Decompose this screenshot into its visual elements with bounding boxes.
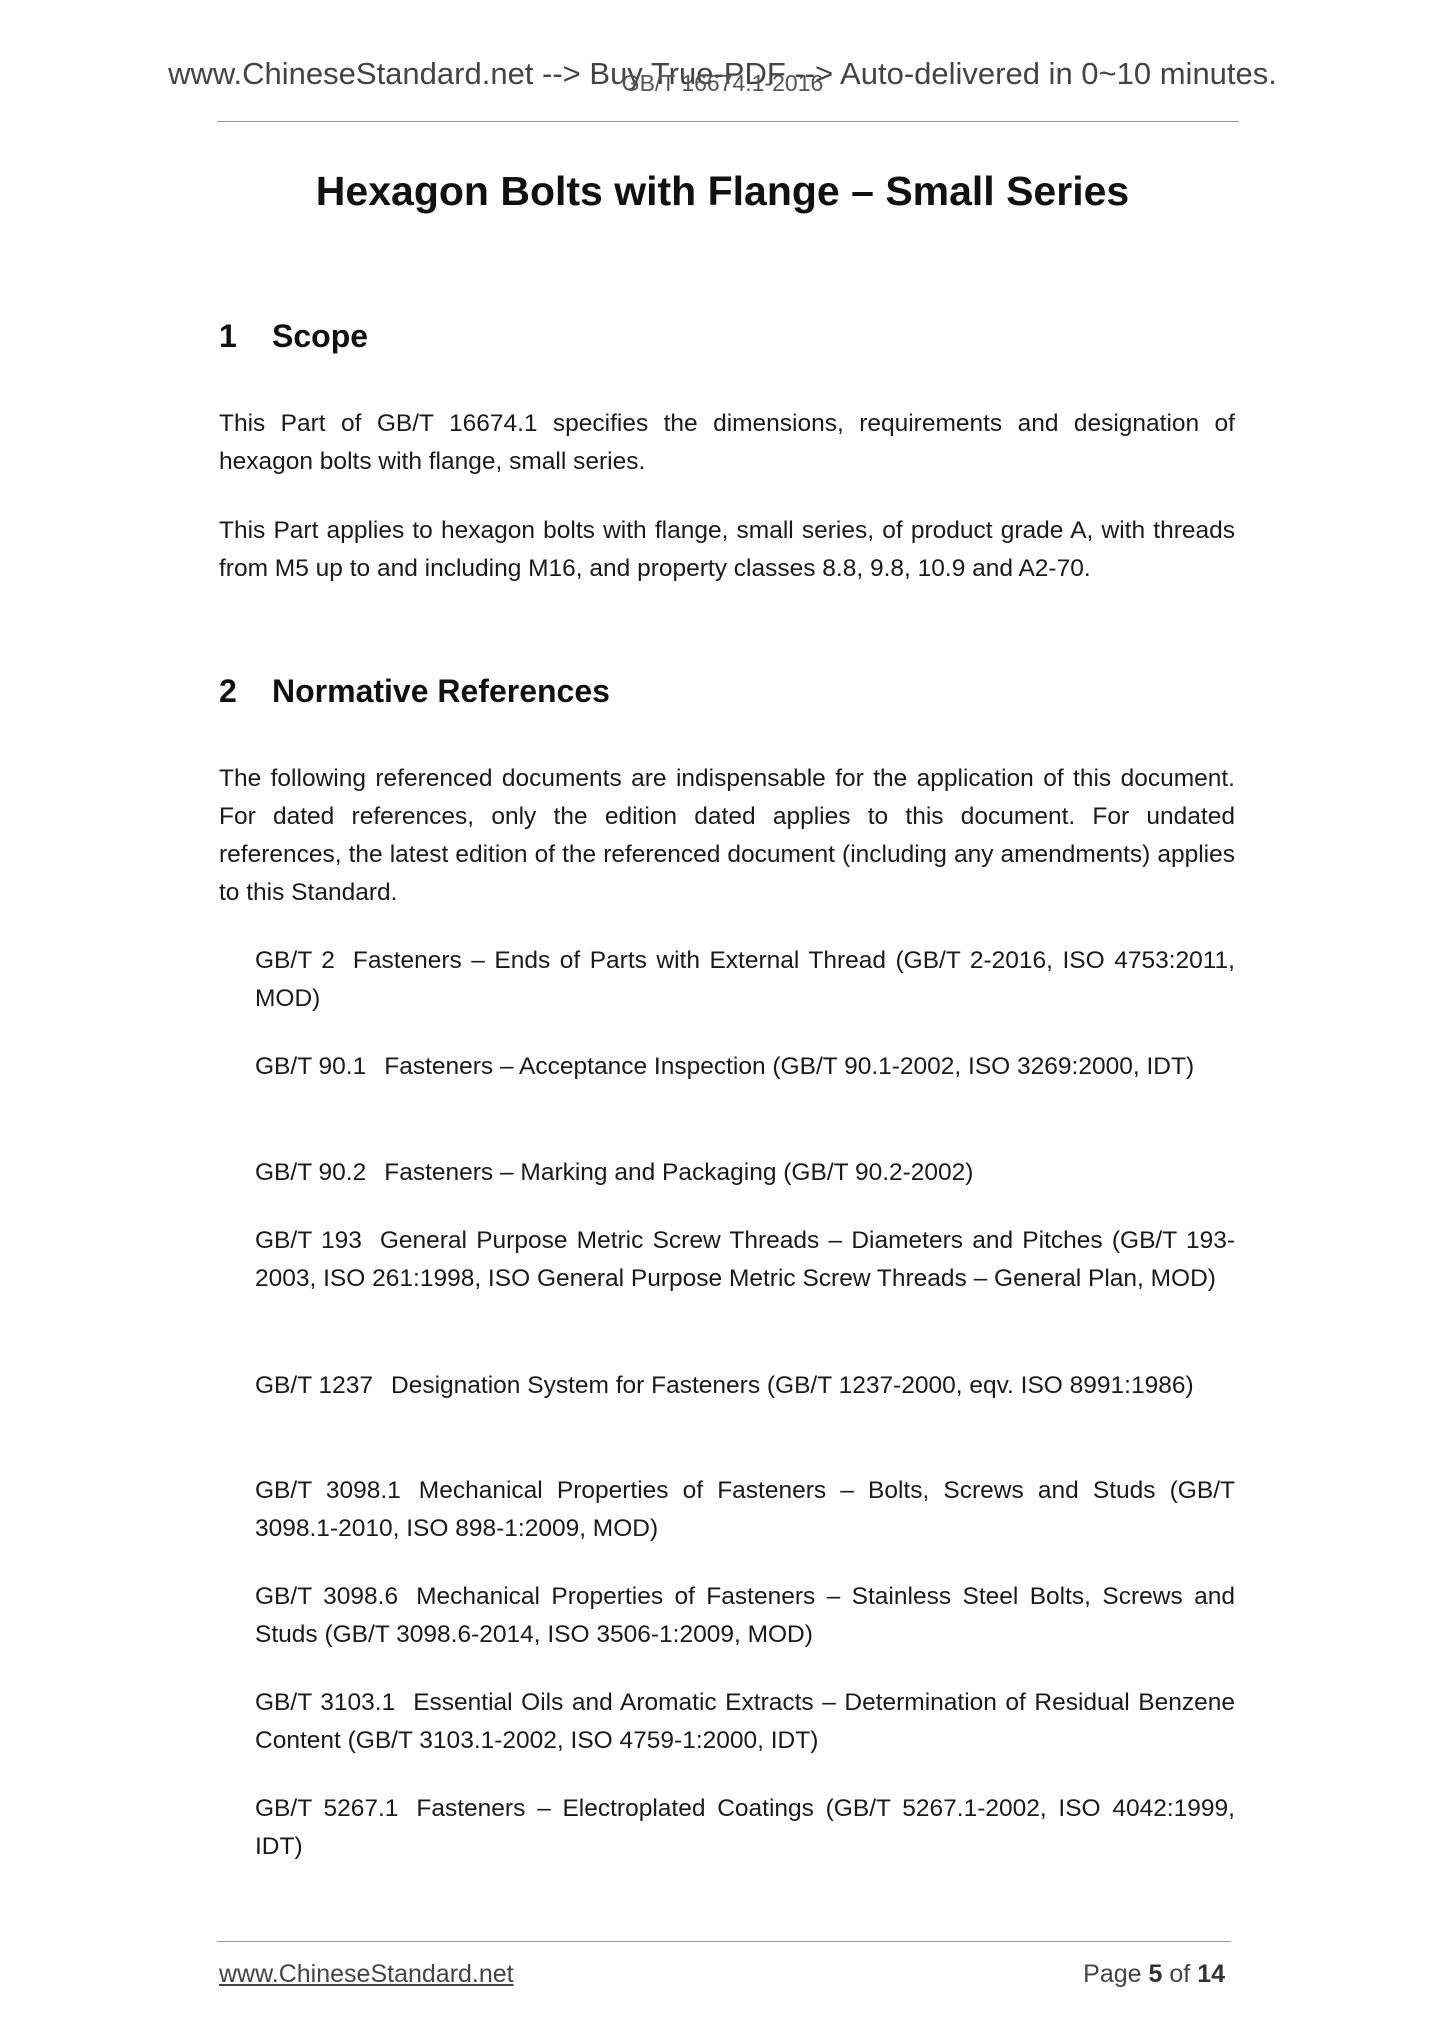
reference-text: Essential Oils and Aromatic Extracts – D… [255, 1689, 1235, 1754]
paragraph: This Part applies to hexagon bolts with … [219, 512, 1235, 588]
header-rule [217, 121, 1239, 122]
reference-item: GB/T 90.1Fasteners – Acceptance Inspecti… [255, 1048, 1235, 1086]
reference-code: GB/T 90.2 [255, 1159, 366, 1186]
reference-code: GB/T 1237 [255, 1372, 373, 1399]
reference-text: Designation System for Fasteners (GB/T 1… [391, 1372, 1194, 1399]
section-heading-normative-references: 2Normative References [219, 673, 610, 710]
section-number: 1 [219, 318, 272, 355]
reference-item: GB/T 90.2Fasteners – Marking and Packagi… [255, 1154, 1235, 1192]
reference-code: GB/T 3103.1 [255, 1689, 395, 1716]
reference-item: GB/T 3103.1Essential Oils and Aromatic E… [255, 1684, 1235, 1760]
reference-text: General Purpose Metric Screw Threads – D… [255, 1227, 1235, 1292]
footer-site-link[interactable]: www.ChineseStandard.net [219, 1960, 514, 1989]
reference-item: GB/T 5267.1Fasteners – Electroplated Coa… [255, 1790, 1235, 1866]
reference-item: GB/T 1237Designation System for Fastener… [255, 1367, 1235, 1405]
footer-rule [217, 1941, 1231, 1942]
reference-text: Fasteners – Acceptance Inspection (GB/T … [384, 1053, 1194, 1080]
reference-item: GB/T 2Fasteners – Ends of Parts with Ext… [255, 942, 1235, 1018]
reference-text: Fasteners – Marking and Packaging (GB/T … [384, 1159, 973, 1186]
page-total: 14 [1197, 1960, 1225, 1988]
paragraph: The following referenced documents are i… [219, 760, 1235, 912]
section-number: 2 [219, 673, 272, 710]
section-title: Scope [272, 318, 368, 354]
reference-text: Mechanical Properties of Fasteners – Bol… [255, 1477, 1235, 1542]
reference-code: GB/T 2 [255, 947, 335, 974]
page-current: 5 [1149, 1960, 1163, 1988]
page-indicator: Page 5 of 14 [1083, 1960, 1225, 1989]
document-title: Hexagon Bolts with Flange – Small Series [0, 168, 1445, 215]
reference-item: GB/T 3098.1Mechanical Properties of Fast… [255, 1472, 1235, 1548]
reference-text: Mechanical Properties of Fasteners – Sta… [255, 1583, 1235, 1648]
page-sep: of [1169, 1960, 1190, 1988]
reference-code: GB/T 3098.6 [255, 1583, 398, 1610]
reference-code: GB/T 90.1 [255, 1053, 366, 1080]
reference-item: GB/T 193General Purpose Metric Screw Thr… [255, 1222, 1235, 1298]
reference-text: Fasteners – Electroplated Coatings (GB/T… [255, 1795, 1235, 1860]
reference-item: GB/T 3098.6Mechanical Properties of Fast… [255, 1578, 1235, 1654]
section-title: Normative References [272, 673, 610, 709]
reference-code: GB/T 193 [255, 1227, 362, 1254]
running-head: GB/T 16674.1-2016 [0, 70, 1445, 97]
page-prefix: Page [1083, 1960, 1141, 1988]
reference-text: Fasteners – Ends of Parts with External … [255, 947, 1235, 1012]
reference-code: GB/T 3098.1 [255, 1477, 401, 1504]
section-heading-scope: 1Scope [219, 318, 368, 355]
reference-code: GB/T 5267.1 [255, 1795, 398, 1822]
paragraph: This Part of GB/T 16674.1 specifies the … [219, 405, 1235, 481]
